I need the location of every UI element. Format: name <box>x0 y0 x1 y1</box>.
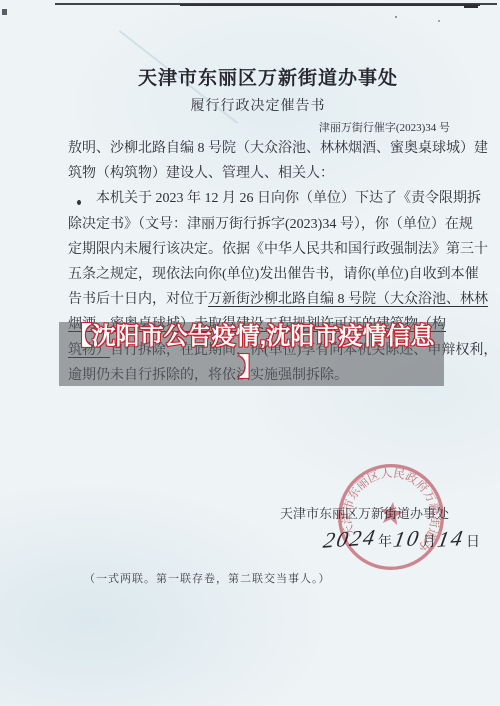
body-line-1: 敖明、沙柳北路自编 8 号院（大众浴池、林林烟酒、蜜奥桌球城）建 <box>68 136 450 161</box>
document-title: 天津市东丽区万新街道办事处 <box>18 63 500 90</box>
body-line-7: 告书后十日内，对位于万新街沙柳北路自编 8 号院（大众浴池、林林 <box>68 287 450 312</box>
watermark-caption: 【沈阳市公告疫情,沈阳市疫情信息 】 <box>1 321 500 383</box>
text-segment: 五条之规定，现依法向你(单位)发出催告书，请你(单位)自收到本催 <box>68 267 479 282</box>
scan-edge-line-thick <box>180 4 480 6</box>
document-photo: 天津市东丽区万新街道办事处 履行行政决定催告书 津丽万街行催字(2023)34 … <box>0 0 500 706</box>
body-line-2: 筑物（构筑物）建设人、管理人、相关人： <box>68 161 450 186</box>
seal-star-icon <box>378 500 404 525</box>
paper-speck <box>438 20 440 22</box>
official-seal: 天津市东丽区人民政府万新街道办事处 <box>327 453 456 582</box>
scan-corner-mark <box>2 9 7 15</box>
text-segment: 定期限内未履行该决定。依据《中华人民共和国行政强制法》第三十 <box>68 242 488 257</box>
ink-dot <box>77 200 81 205</box>
scan-edge-tick <box>464 5 478 8</box>
body-line-4: 除决定书》（文号：津丽万街行拆字(2023)34 号），你（单位）在规 <box>68 212 450 237</box>
text-segment: 筑物（构筑物）建设人、管理人、相关人： <box>68 166 334 181</box>
text-segment: 除决定书》（文号：津丽万街行拆字(2023)34 号），你（单位）在规 <box>68 217 473 232</box>
text-segment: 本机关于 2023 年 12 月 26 日向你（单位）下达了《责令限期拆 <box>96 191 481 206</box>
body-line-5: 定期限内未履行该决定。依据《中华人民共和国行政强制法》第三十 <box>68 237 450 262</box>
document-number: 津丽万街行催字(2023)34 号 <box>0 119 450 135</box>
document-subtitle: 履行行政决定催告书 <box>8 95 500 115</box>
watermark-caption-line1: 【沈阳市公告疫情,沈阳市疫情信息 <box>1 321 500 352</box>
watermark-caption-line2: 】 <box>1 352 500 383</box>
paper-speck <box>395 16 397 18</box>
body-line-6: 五条之规定，现依法向你(单位)发出催告书，请你(单位)自收到本催 <box>68 262 450 287</box>
text-segment: 日 <box>466 535 480 550</box>
text-segment: 告书后十日内，对位于 <box>68 292 208 307</box>
footer-note: （一式两联。第一联存卷，第二联交当事人。） <box>84 570 331 586</box>
text-segment: 敖明、沙柳北路自编 8 号院（大众浴池、林林烟酒、蜜奥桌球城）建 <box>68 141 488 156</box>
body-line-3: 本机关于 2023 年 12 月 26 日向你（单位）下达了《责令限期拆 <box>68 186 450 211</box>
text-segment: 万新街沙柳北路自编 8 号院（大众浴池、林林 <box>208 292 488 307</box>
